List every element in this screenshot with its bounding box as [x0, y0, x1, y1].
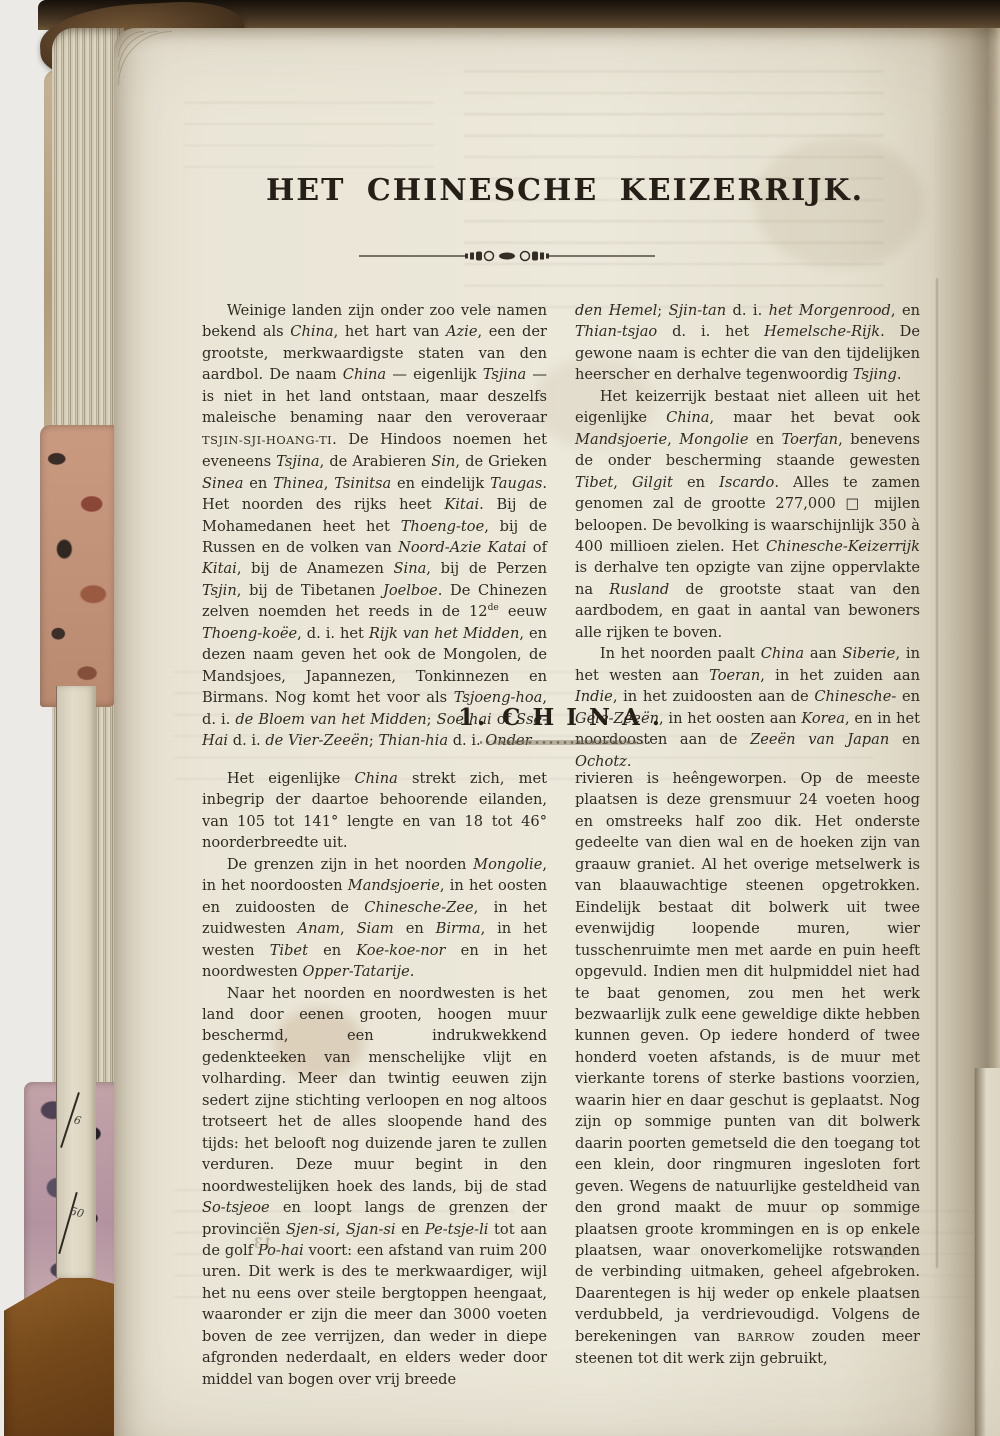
- text-column-right: rivieren is heêngeworpen. Op de meeste p…: [575, 768, 920, 1390]
- plate-handwritten-mark: 6: [73, 1113, 83, 1127]
- show-through-signature-mark: VII.: [876, 1246, 898, 1260]
- plate-ruled-line: [58, 1192, 78, 1254]
- chapter-title: HET CHINESCHE KEIZERRIJK.: [266, 173, 864, 208]
- paragraph: Naar het noorden en noordwesten is het l…: [202, 983, 547, 1391]
- section-number: 1.: [458, 704, 488, 731]
- two-column-text-bottom: Het eigenlijke China strekt zich, met in…: [202, 768, 920, 1390]
- text-column-right: den Hemel; Sjin-tan d. i. het Morgenrood…: [575, 300, 920, 772]
- paragraph: Weinige landen zijn onder zoo vele namen…: [202, 300, 547, 752]
- two-column-text-top: Weinige landen zijn onder zoo vele namen…: [202, 300, 920, 772]
- text-column-left: Weinige landen zijn onder zoo vele namen…: [202, 300, 547, 772]
- section-heading-row: 1.CHINA.: [205, 704, 925, 745]
- paragraph: De grenzen zijn in het noorden Mongolie,…: [202, 854, 547, 983]
- paragraph: Het eigenlijke China strekt zich, met in…: [202, 768, 547, 854]
- section-name: CHINA.: [502, 704, 672, 731]
- chapter-title-row: HET CHINESCHE KEIZERRIJK.: [205, 174, 925, 208]
- folded-plate-edge: 6 50: [56, 686, 96, 1278]
- book-page-photo: 6 50 HET CHINESCHE KEIZERRIJK.: [0, 0, 1000, 1436]
- book-page: HET CHINESCHE KEIZERRIJK.: [114, 28, 1000, 1436]
- paragraph: den Hemel; Sjin-tan d. i. het Morgenrood…: [575, 300, 920, 386]
- divider-ornament-icon: [357, 248, 657, 264]
- divider-row: [147, 248, 867, 268]
- section-heading-rule: [480, 740, 650, 745]
- paragraph: rivieren is heêngeworpen. Op de meeste p…: [575, 768, 920, 1370]
- paragraph: Het keizerrijk bestaat niet alleen uit h…: [575, 386, 920, 643]
- show-through-page-number: 13: [254, 1236, 272, 1252]
- verso-show-through: [184, 83, 434, 168]
- plate-handwritten-mark: 50: [69, 1204, 86, 1220]
- next-page-edge: [974, 1068, 1000, 1436]
- text-column-left: Het eigenlijke China strekt zich, met in…: [202, 768, 547, 1390]
- marbled-cover-patch-upper: [40, 425, 116, 707]
